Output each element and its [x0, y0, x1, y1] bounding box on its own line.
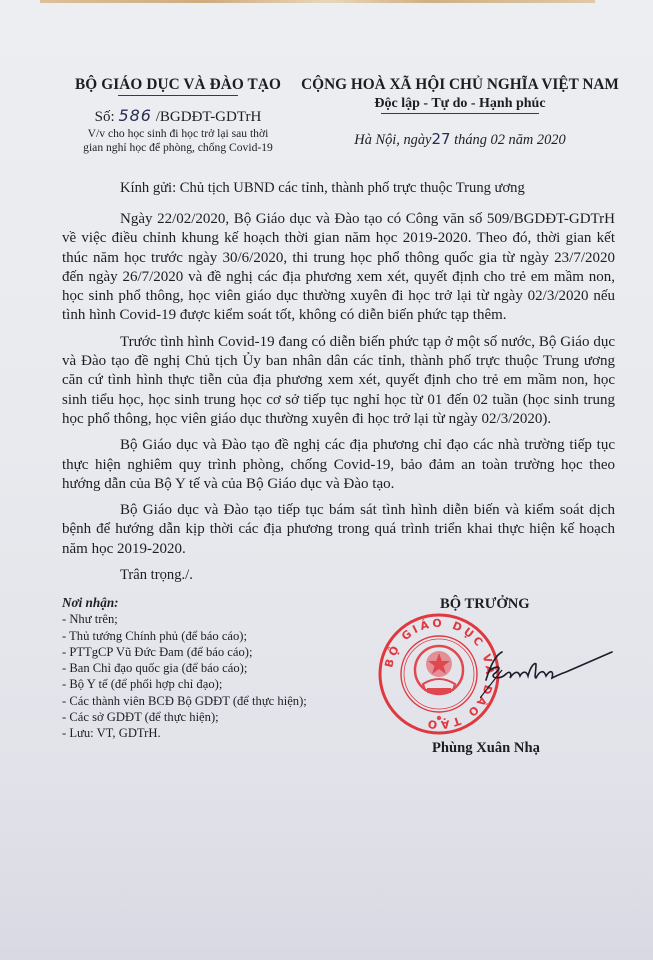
- closing: Trân trọng./.: [120, 566, 615, 585]
- recipient-item: - Như trên;: [62, 611, 307, 627]
- recipients-list: Nơi nhận: - Như trên; - Thủ tướng Chính …: [62, 595, 307, 742]
- recipient-item: - Lưu: VT, GDTrH.: [62, 725, 307, 741]
- ministry-name: BỘ GIÁO DỤC VÀ ĐÀO TẠO: [58, 76, 298, 94]
- letter-body: Ngày 22/02/2020, Bộ Giáo dục và Đào tạo …: [62, 210, 615, 585]
- recipient-item: - Các sở GDĐT (để thực hiện);: [62, 709, 307, 725]
- recipient-item: - Ban Chỉ đạo quốc gia (để báo cáo);: [62, 660, 307, 676]
- paragraph: Ngày 22/02/2020, Bộ Giáo dục và Đào tạo …: [62, 210, 615, 326]
- ministry-underline: [118, 95, 238, 96]
- paragraph: Trước tình hình Covid-19 đang có diễn bi…: [62, 333, 615, 429]
- date-day-handwritten: 27: [431, 130, 450, 148]
- date-line: Hà Nội, ngày27 tháng 02 năm 2020: [290, 130, 630, 149]
- subject-line-2: gian nghỉ học để phòng, chống Covid-19: [58, 141, 298, 154]
- subject-line-1: V/v cho học sinh đi học trở lại sau thời: [58, 127, 298, 140]
- national-header: CỘNG HOÀ XÃ HỘI CHỦ NGHĨA VIỆT NAM Độc l…: [290, 76, 630, 149]
- motto-underline: [381, 113, 539, 114]
- doc-number-label: Số:: [95, 109, 115, 125]
- recipient-item: - PTTgCP Vũ Đức Đam (để báo cáo);: [62, 644, 307, 660]
- paragraph: Bộ Giáo dục và Đào tạo tiếp tục bám sát …: [62, 501, 615, 559]
- nation-name: CỘNG HOÀ XÃ HỘI CHỦ NGHĨA VIỆT NAM: [290, 76, 630, 94]
- document-number: Số: 586 /BGDĐT-GDTrH: [58, 106, 298, 126]
- doc-number-handwritten: 586: [118, 106, 152, 125]
- recipient-item: - Các thành viên BCĐ Bộ GDĐT (để thực hi…: [62, 693, 307, 709]
- recipients-title: Nơi nhận:: [62, 595, 307, 611]
- official-letter: BỘ GIÁO DỤC VÀ ĐÀO TẠO Số: 586 /BGDĐT-GD…: [0, 0, 653, 960]
- national-motto: Độc lập - Tự do - Hạnh phúc: [374, 96, 545, 112]
- date-prefix: Hà Nội, ngày: [354, 132, 431, 148]
- doc-number-suffix: /BGDĐT-GDTrH: [156, 109, 262, 125]
- paragraph: Bộ Giáo dục và Đào tạo đề nghị các địa p…: [62, 436, 615, 494]
- signatory-title: BỘ TRƯỞNG: [440, 596, 530, 613]
- recipient-item: - Thủ tướng Chính phủ (để báo cáo);: [62, 628, 307, 644]
- signature-icon: [480, 640, 620, 700]
- date-suffix: tháng 02 năm 2020: [451, 132, 566, 148]
- salutation: Kính gửi: Chủ tịch UBND các tỉnh, thành …: [120, 180, 525, 197]
- signatory-name: Phùng Xuân Nhạ: [432, 740, 540, 757]
- recipient-item: - Bộ Y tế (để phối hợp chỉ đạo);: [62, 676, 307, 692]
- issuer-header: BỘ GIÁO DỤC VÀ ĐÀO TẠO Số: 586 /BGDĐT-GD…: [58, 76, 298, 154]
